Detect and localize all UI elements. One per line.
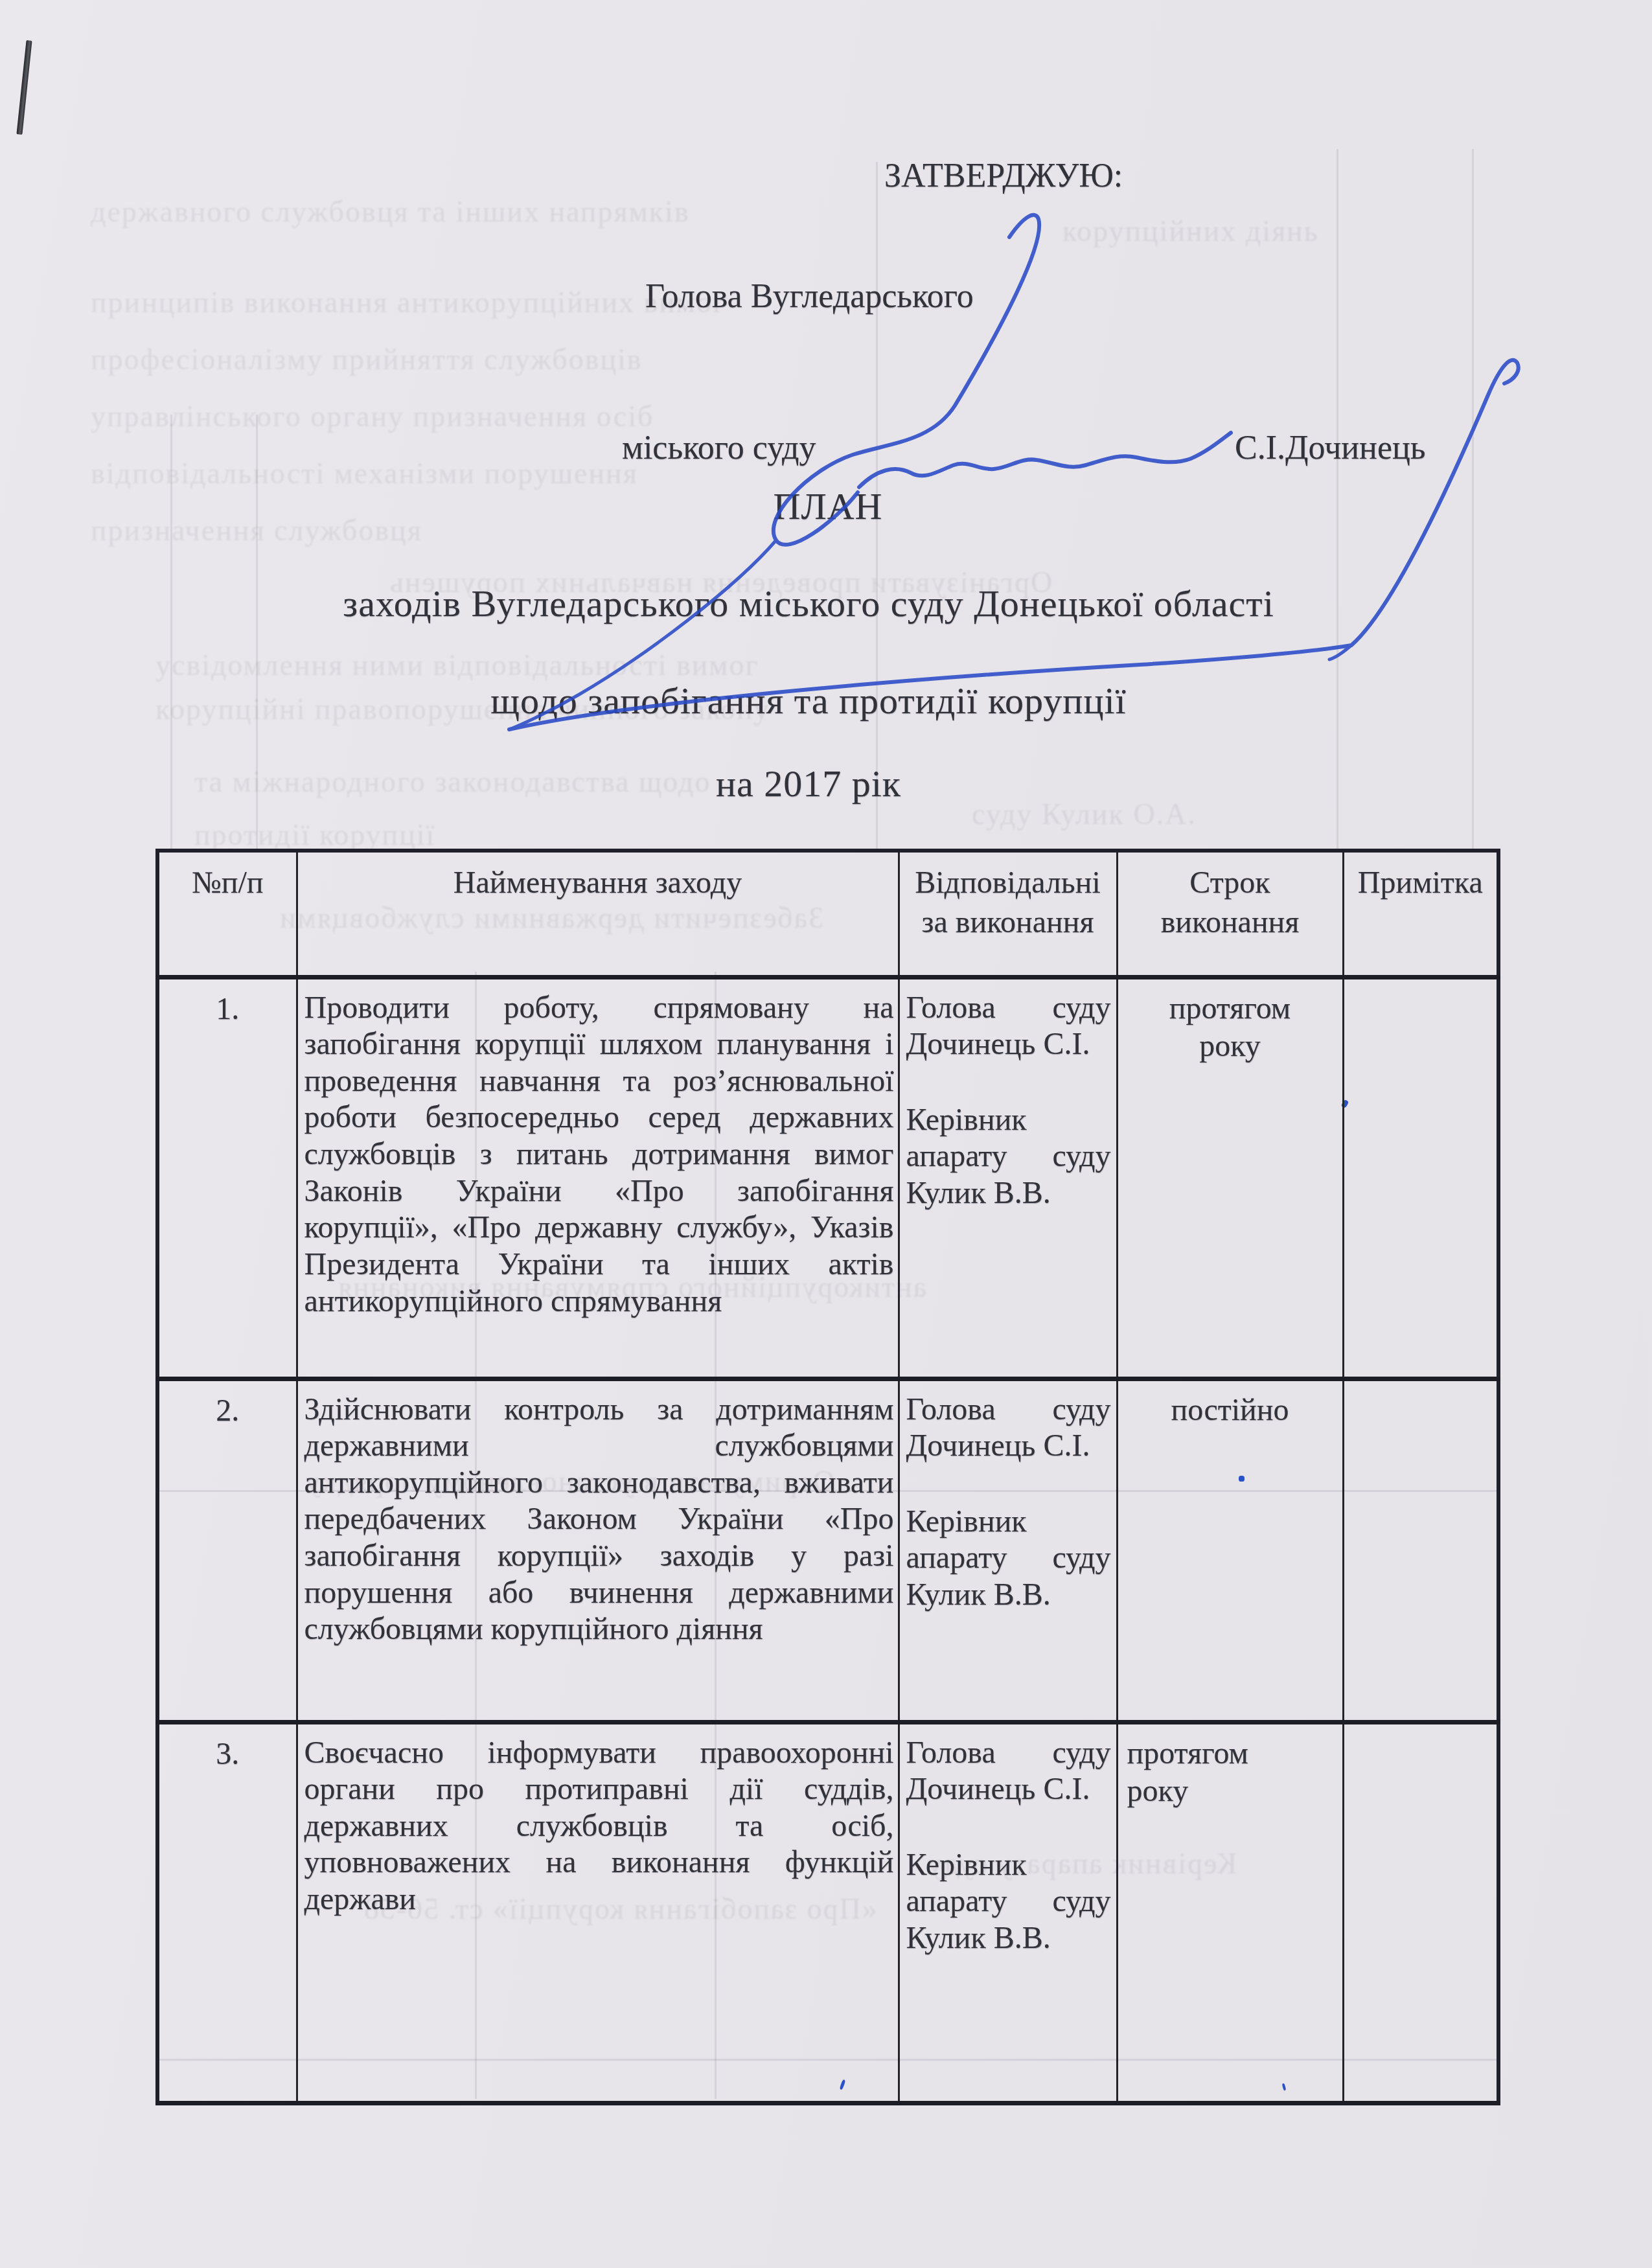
header-note: Примітка — [1343, 851, 1498, 977]
row-measure: Здійснювати контроль за дотриманням держ… — [297, 1379, 899, 1722]
responsible-entry: Керівник апарату суду Кулик В.В. — [906, 1504, 1111, 1614]
row-term: протягом року — [1117, 977, 1343, 1379]
table-row: 2. Здійснювати контроль за дотриманням д… — [157, 1379, 1498, 1722]
row-responsible: Голова суду Дочинець С.І. Керівник апара… — [899, 1379, 1117, 1722]
approver-position-line2: міського суду — [622, 429, 816, 467]
row-responsible: Голова суду Дочинець С.І. Керівник апара… — [899, 1722, 1117, 2103]
table-row: 1. Проводити роботу, спрямовану на запоб… — [157, 977, 1498, 1379]
title-line-4: на 2017 рік — [0, 762, 1617, 805]
approver-name: С.І.Дочинець — [1235, 429, 1426, 467]
header-term: Строк виконання — [1117, 851, 1343, 977]
staple-mark — [16, 40, 32, 135]
row-responsible: Голова суду Дочинець С.І. Керівник апара… — [899, 977, 1117, 1379]
row-number: 1. — [157, 977, 297, 1379]
row-measure: Своєчасно інформувати правоохоронні орга… — [297, 1722, 899, 2103]
responsible-entry: Голова суду Дочинець С.І. — [906, 990, 1111, 1063]
approver-position-line1: Голова Вугледарського — [645, 277, 974, 315]
header-responsible: Відповідальні за виконання — [899, 851, 1117, 977]
bleedthrough-text: принципів виконання антикорупційних вимо… — [91, 285, 726, 319]
bleedthrough-text: усвідомлення ними відповідальності вимог — [155, 648, 759, 682]
responsible-entry: Керівник апарату суду Кулик В.В. — [906, 1102, 1111, 1212]
bleedthrough-text: корупційних діянь — [1062, 214, 1319, 248]
responsible-entry: Керівник апарату суду Кулик В.В. — [906, 1847, 1111, 1957]
scanned-document-page: державного службовця та інших напрямків … — [0, 0, 1652, 2268]
bleedthrough-text: професіоналізму прийняття службовців — [91, 342, 643, 376]
approval-label: ЗАТВЕРДЖУЮ: — [884, 157, 1123, 195]
row-term: протягом року — [1117, 1722, 1343, 2103]
bleedthrough-text: протидії корупції — [194, 818, 435, 852]
responsible-entry: Голова суду Дочинець С.І. — [906, 1735, 1111, 1808]
bleedthrough-text: державного службовця та інших напрямків — [91, 194, 690, 229]
row-note — [1343, 977, 1498, 1379]
row-term: постійно — [1117, 1379, 1343, 1722]
table-row: 3. Своєчасно інформувати правоохоронні о… — [157, 1722, 1498, 2103]
row-number: 2. — [157, 1379, 297, 1722]
title-line-1: ПЛАН — [19, 485, 1636, 528]
row-note — [1343, 1722, 1498, 2103]
title-line-2: заходів Вугледарського міського суду Дон… — [0, 582, 1617, 625]
plan-table: №п/п Найменування заходу Відповідальні з… — [155, 849, 1500, 2105]
header-num: №п/п — [157, 851, 297, 977]
bleedthrough-text: управлінського органу призначення осіб — [91, 399, 654, 433]
table-header-row: №п/п Найменування заходу Відповідальні з… — [157, 851, 1498, 977]
row-measure: Проводити роботу, спрямовану на запобіга… — [297, 977, 899, 1379]
row-number: 3. — [157, 1722, 297, 2103]
header-measure: Найменування заходу — [297, 851, 899, 977]
row-note — [1343, 1379, 1498, 1722]
title-line-3: щодо запобігання та протидії корупції — [0, 679, 1617, 722]
responsible-entry: Голова суду Дочинець С.І. — [906, 1392, 1111, 1465]
